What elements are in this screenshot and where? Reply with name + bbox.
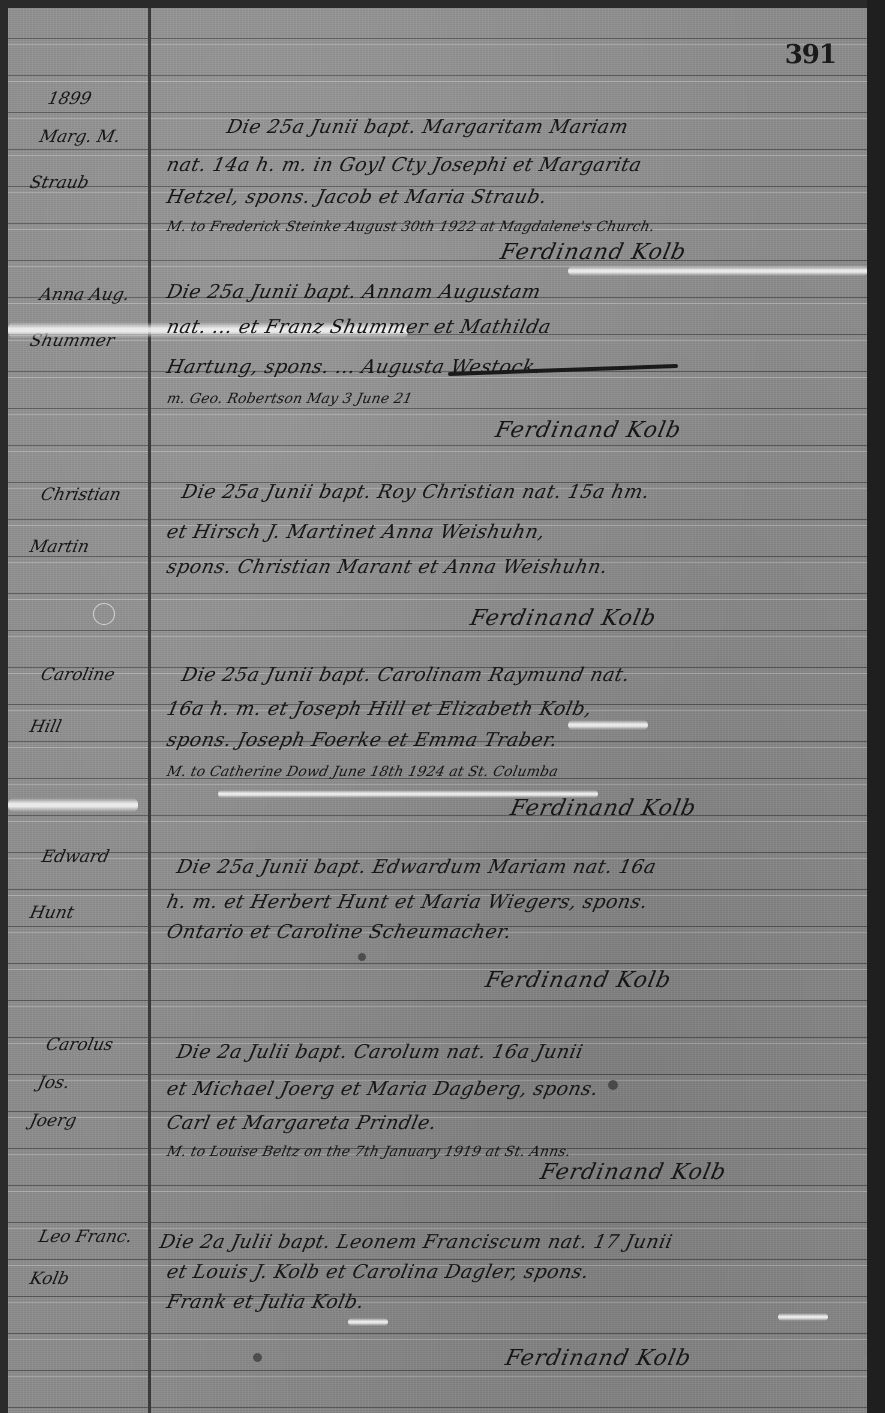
entry-3-signature: Ferdinand Kolb: [468, 606, 659, 631]
margin-given-name: Edward: [38, 838, 164, 876]
entry-1-signature: Ferdinand Kolb: [498, 240, 689, 265]
ink-spot: [608, 1080, 618, 1090]
margin-name-entry-4: Caroline Hill: [26, 656, 163, 746]
margin-name-entry-5: Edward Hunt: [26, 838, 164, 932]
ink-spot: [358, 953, 366, 961]
entry-3-line-1: Die 25a Junii bapt. Roy Christian nat. 1…: [178, 473, 653, 511]
entry-6-annotation: M. to Louise Beltz on the 7th January 19…: [163, 1133, 575, 1171]
entry-2-annotation: m. Geo. Robertson May 3 June 21: [163, 380, 416, 418]
scan-border: [867, 0, 885, 1413]
entry-4-signature: Ferdinand Kolb: [508, 796, 699, 821]
margin-surname: Straub: [26, 164, 152, 202]
entry-5-line-1: Die 25a Junii bapt. Edwardum Mariam nat.…: [173, 848, 660, 886]
paper-tear: [568, 720, 648, 730]
register-page: 391 1899 Marg. M. Straub Die 25a Junii b…: [8, 8, 870, 1413]
margin-name-entry-6: Carolus Jos. Joerg: [26, 1026, 168, 1140]
margin-name-entry-2: Anna Aug. Shummer: [26, 276, 162, 360]
margin-given-name: Christian: [37, 476, 163, 514]
margin-surname: Martin: [26, 528, 152, 566]
entry-1-line-1: Die 25a Junii bapt. Margaritam Mariam: [223, 108, 632, 146]
entry-5-line-3: Ontario et Caroline Scheumacher.: [163, 913, 515, 951]
margin-given-name: Leo Franc.: [35, 1218, 161, 1256]
entry-2-line-2: nat. ... et Franz Shummer et Mathilda: [163, 308, 555, 346]
entry-2-line-1: Die 25a Junii bapt. Annam Augustam: [163, 273, 545, 311]
entry-4-annotation: M. to Catherine Dowd June 18th 1924 at S…: [163, 753, 562, 791]
entry-3-line-2: et Hirsch J. Martinet Anna Weishuhn,: [163, 513, 549, 551]
margin-given-name: Anna Aug.: [36, 276, 162, 314]
entry-7-signature: Ferdinand Kolb: [503, 1346, 694, 1371]
paper-tear: [568, 266, 868, 276]
page-number: 391: [785, 40, 836, 70]
scanned-document: 391 1899 Marg. M. Straub Die 25a Junii b…: [0, 0, 885, 1413]
margin-surname: Kolb: [26, 1260, 152, 1298]
margin-middle-name: Jos.: [34, 1064, 160, 1102]
entry-7-line-3: Frank et Julia Kolb.: [163, 1283, 368, 1321]
margin-given-name: Carolus: [42, 1026, 168, 1064]
entry-6-line-1: Die 2a Julii bapt. Carolum nat. 16a Juni…: [173, 1033, 587, 1071]
margin-name-entry-7: Leo Franc. Kolb: [26, 1218, 161, 1298]
entry-3-line-3: spons. Christian Marant et Anna Weishuhn…: [163, 548, 612, 586]
entry-2-signature: Ferdinand Kolb: [493, 418, 684, 443]
margin-given-name: Caroline: [37, 656, 163, 694]
margin-surname: Hill: [26, 708, 152, 746]
ink-spot: [253, 1353, 262, 1362]
paper-blemish: [93, 603, 115, 625]
entry-6-line-2: et Michael Joerg et Maria Dagberg, spons…: [163, 1070, 602, 1108]
margin-surname: Hunt: [26, 894, 152, 932]
entry-5-signature: Ferdinand Kolb: [483, 968, 674, 993]
margin-name-entry-3: Christian Martin: [26, 476, 163, 566]
paper-tear: [778, 1313, 828, 1321]
margin-year: 1899: [44, 80, 170, 118]
entry-4-line-1: Die 25a Junii bapt. Carolinam Raymund na…: [178, 656, 634, 694]
paper-tear: [348, 1318, 388, 1326]
margin-given-name: Marg. M.: [36, 118, 162, 156]
entry-6-signature: Ferdinand Kolb: [538, 1160, 729, 1185]
paper-tear: [8, 798, 138, 812]
margin-surname: Joerg: [26, 1102, 152, 1140]
